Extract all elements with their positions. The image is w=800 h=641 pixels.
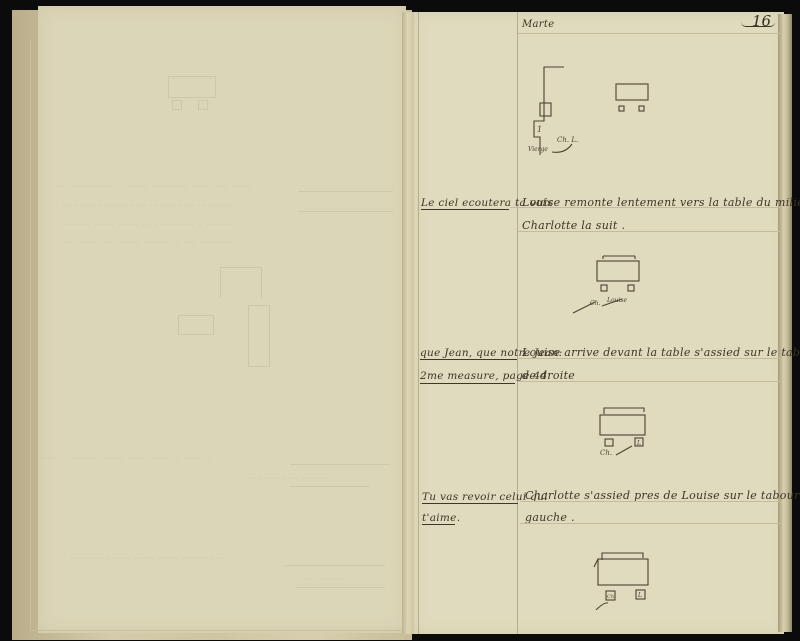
ghost-text-line: ··· ····· ·· ······· xyxy=(250,472,330,485)
page-number-flourish xyxy=(741,22,775,27)
ghost-diagram-middle xyxy=(170,265,290,375)
svg-text:Ch: Ch xyxy=(607,594,614,600)
header-word: Marte xyxy=(522,19,554,30)
row-rule xyxy=(520,523,782,524)
diagram-1-stage-plan: 1 Vierge Ch. L. xyxy=(510,60,670,160)
cue-underline xyxy=(422,503,518,504)
svg-text:Ch.: Ch. xyxy=(600,449,612,457)
svg-text:Ch.: Ch. xyxy=(590,300,600,307)
diagram-2-stage-plan: Ch. Louise xyxy=(560,250,670,320)
ghost-text-line: ···· ······ xyxy=(300,573,344,586)
ghost-text-line: ···· ·· ······ ······ ···· ····· ·· ····… xyxy=(40,452,212,465)
row-rule xyxy=(518,231,780,232)
cue-underline xyxy=(422,524,455,525)
ghost-rule xyxy=(298,211,393,212)
row-rule xyxy=(520,501,782,502)
ghost-rule xyxy=(285,565,385,566)
ghost-text-line: ······ ····· ····· ·· · ········ · ·····… xyxy=(66,218,234,231)
ghost-rule xyxy=(295,587,385,588)
ghost-rule xyxy=(290,486,370,487)
svg-text:L: L xyxy=(637,592,642,599)
cue-underline xyxy=(420,359,517,360)
ghost-text-line: ·········· ···· ····· ····· ········ ·· xyxy=(70,552,226,565)
row-rule xyxy=(518,381,780,382)
ghost-text-line: ···· ····· ······· ·· ·· ····· ·· ·· ···… xyxy=(62,199,234,212)
ghost-text-line: ··· ·········· ·· ····· ········· ···· ·… xyxy=(56,180,252,193)
svg-text:Louise: Louise xyxy=(606,297,627,304)
row-rule xyxy=(518,358,780,359)
cue-underline xyxy=(420,383,515,384)
cue-text: t'aime. xyxy=(422,512,460,524)
header-rule xyxy=(518,33,780,34)
margin-rule-left xyxy=(418,12,419,634)
svg-text:Vierge: Vierge xyxy=(528,146,548,153)
svg-text:Ch. L.: Ch. L. xyxy=(557,136,578,144)
ghost-rule xyxy=(290,464,390,465)
svg-text:1: 1 xyxy=(537,125,542,134)
right-page-edge xyxy=(778,14,792,632)
cue-underline xyxy=(421,209,509,210)
page-number: 16 xyxy=(752,12,771,30)
stage-direction-line: Louise remonte lentement vers la table d… xyxy=(522,196,800,209)
ghost-diagram-top xyxy=(150,72,220,100)
diagram-3-stage-plan: L Ch. xyxy=(580,400,660,460)
svg-text:L: L xyxy=(636,440,641,447)
ghost-text-line: ···· ····· ·· ······ ······ ·· ··· ·····… xyxy=(60,236,232,249)
diagram-4-stage-plan: Ch L xyxy=(580,540,660,610)
ghost-rule xyxy=(298,191,393,192)
